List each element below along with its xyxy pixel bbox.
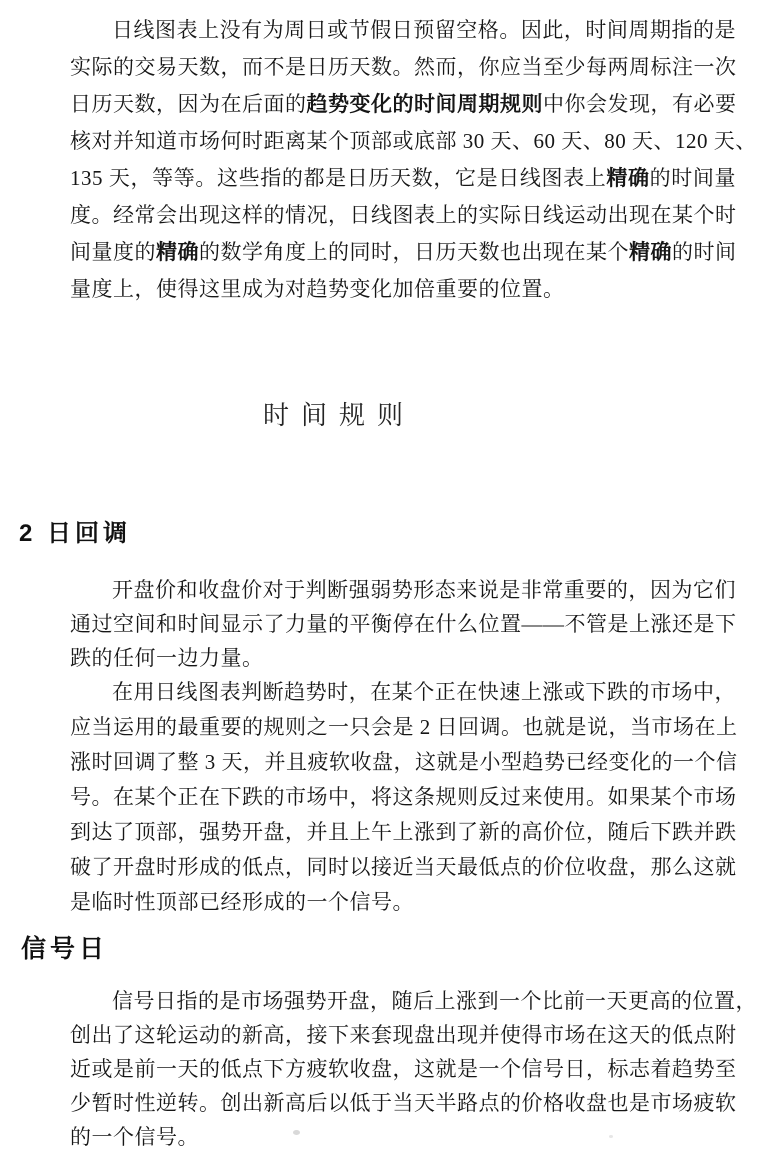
- text-segment: 少暂时性逆转。创出新高后以低于当天半路点的价格收盘也是市场疲软: [70, 1091, 737, 1115]
- text-segment: 跌的任何一边力量。: [70, 646, 264, 670]
- text-line: 135 天，等等。这些指的都是日历天数，它是日线图表上精确的时间量: [70, 160, 736, 197]
- text-segment: 日线图表上没有为周日或节假日预留空格。因此，时间周期指的是: [112, 18, 736, 42]
- text-line: 应当运用的最重要的规则之一只会是 2 日回调。也就是说，当市场在上: [70, 710, 736, 745]
- text-line: 开盘价和收盘价对于判断强弱势形态来说是非常重要的，因为它们: [70, 573, 736, 607]
- text-segment: 中你会发现，有必要: [543, 92, 737, 116]
- text-line: 核对并知道市场何时距离某个顶部或底部 30 天、60 天、80 天、120 天、: [70, 123, 736, 160]
- scan-speck: [293, 1130, 300, 1135]
- text-segment: 破了开盘时形成的低点，同时以接近当天最低点的价位收盘，那么这就: [70, 855, 737, 879]
- text-segment: 的数学角度上的同时，日历天数也出现在某个: [199, 240, 629, 264]
- text-segment: 近或是前一天的低点下方疲软收盘，这就是一个信号日，标志着趋势至: [70, 1057, 737, 1081]
- text-line: 通过空间和时间显示了力量的平衡停在什么位置——不管是上涨还是下: [70, 607, 736, 641]
- text-line: 间量度的精确的数学角度上的同时，日历天数也出现在某个精确的时间: [70, 234, 736, 271]
- text-segment: 135 天，等等。这些指的都是日历天数，它是日线图表上: [70, 166, 606, 190]
- paragraph-signal-day: 信号日指的是市场强势开盘，随后上涨到一个比前一天更高的位置，创出了这轮运动的新高…: [70, 984, 736, 1154]
- text-segment: 间量度的: [70, 240, 156, 264]
- heading-2-day-pullback: 2 日回调: [19, 520, 131, 548]
- text-segment: 开盘价和收盘价对于判断强弱势形态来说是非常重要的，因为它们: [112, 578, 736, 602]
- text-segment: 实际的交易天数，而不是日历天数。然而，你应当至少每两周标注一次: [70, 55, 737, 79]
- text-segment: 涨时回调了整 3 天，并且疲软收盘，这就是小型趋势已经变化的一个信: [70, 750, 738, 774]
- text-line: 到达了顶部，强势开盘，并且上午上涨到了新的高价位，随后下跌并跌: [70, 815, 736, 850]
- emphasized-text: 趋势变化的时间周期规则: [307, 92, 544, 116]
- text-line: 的一个信号。: [70, 1120, 736, 1154]
- text-segment: 核对并知道市场何时距离某个顶部或底部 30 天、60 天、80 天、120 天、: [70, 129, 757, 153]
- text-line: 少暂时性逆转。创出新高后以低于当天半路点的价格收盘也是市场疲软: [70, 1086, 736, 1120]
- text-segment: 号。在某个正在下跌的市场中，将这条规则反过来使用。如果某个市场: [70, 785, 737, 809]
- text-line: 度。经常会出现这样的情况，日线图表上的实际日线运动出现在某个时: [70, 197, 736, 234]
- text-line: 信号日指的是市场强势开盘，随后上涨到一个比前一天更高的位置，: [70, 984, 736, 1018]
- paragraph-open-close: 开盘价和收盘价对于判断强弱势形态来说是非常重要的，因为它们通过空间和时间显示了力…: [70, 573, 736, 675]
- text-segment: 创出了这轮运动的新高，接下来套现盘出现并使得市场在这天的低点附: [70, 1023, 737, 1047]
- text-line: 日线图表上没有为周日或节假日预留空格。因此，时间周期指的是: [70, 12, 736, 49]
- paragraph-pullback-rule: 在用日线图表判断趋势时，在某个正在快速上涨或下跌的市场中，应当运用的最重要的规则…: [70, 675, 736, 920]
- heading-signal-day: 信号日: [21, 935, 108, 964]
- emphasized-text: 精确: [156, 240, 199, 264]
- paragraph-intro: 日线图表上没有为周日或节假日预留空格。因此，时间周期指的是实际的交易天数，而不是…: [70, 12, 736, 308]
- chapter-title: 时间规则: [263, 400, 415, 430]
- text-segment: 是临时性顶部已经形成的一个信号。: [70, 890, 414, 914]
- scan-speck: [609, 1135, 613, 1138]
- book-page: 日线图表上没有为周日或节假日预留空格。因此，时间周期指的是实际的交易天数，而不是…: [0, 0, 758, 1166]
- text-segment: 的一个信号。: [70, 1125, 199, 1149]
- text-line: 量度上，使得这里成为对趋势变化加倍重要的位置。: [70, 271, 736, 308]
- text-segment: 应当运用的最重要的规则之一只会是 2 日回调。也就是说，当市场在上: [70, 715, 738, 739]
- text-line: 号。在某个正在下跌的市场中，将这条规则反过来使用。如果某个市场: [70, 780, 736, 815]
- text-segment: 信号日指的是市场强势开盘，随后上涨到一个比前一天更高的位置，: [112, 989, 757, 1013]
- emphasized-text: 精确: [629, 240, 672, 264]
- text-segment: 度。经常会出现这样的情况，日线图表上的实际日线运动出现在某个时: [70, 203, 737, 227]
- text-segment: 到达了顶部，强势开盘，并且上午上涨到了新的高价位，随后下跌并跌: [70, 820, 737, 844]
- text-line: 跌的任何一边力量。: [70, 641, 736, 675]
- text-segment: 的时间: [672, 240, 737, 264]
- text-line: 在用日线图表判断趋势时，在某个正在快速上涨或下跌的市场中，: [70, 675, 736, 710]
- text-segment: 日历天数，因为在后面的: [70, 92, 307, 116]
- text-segment: 量度上，使得这里成为对趋势变化加倍重要的位置。: [70, 277, 565, 301]
- text-line: 实际的交易天数，而不是日历天数。然而，你应当至少每两周标注一次: [70, 49, 736, 86]
- text-line: 近或是前一天的低点下方疲软收盘，这就是一个信号日，标志着趋势至: [70, 1052, 736, 1086]
- text-segment: 通过空间和时间显示了力量的平衡停在什么位置——不管是上涨还是下: [70, 612, 737, 636]
- text-line: 涨时回调了整 3 天，并且疲软收盘，这就是小型趋势已经变化的一个信: [70, 745, 736, 780]
- text-segment: 在用日线图表判断趋势时，在某个正在快速上涨或下跌的市场中，: [112, 680, 736, 704]
- emphasized-text: 精确: [606, 166, 649, 190]
- text-line: 日历天数，因为在后面的趋势变化的时间周期规则中你会发现，有必要: [70, 86, 736, 123]
- text-line: 是临时性顶部已经形成的一个信号。: [70, 885, 736, 920]
- text-line: 创出了这轮运动的新高，接下来套现盘出现并使得市场在这天的低点附: [70, 1018, 736, 1052]
- text-line: 破了开盘时形成的低点，同时以接近当天最低点的价位收盘，那么这就: [70, 850, 736, 885]
- text-segment: 的时间量: [650, 166, 736, 190]
